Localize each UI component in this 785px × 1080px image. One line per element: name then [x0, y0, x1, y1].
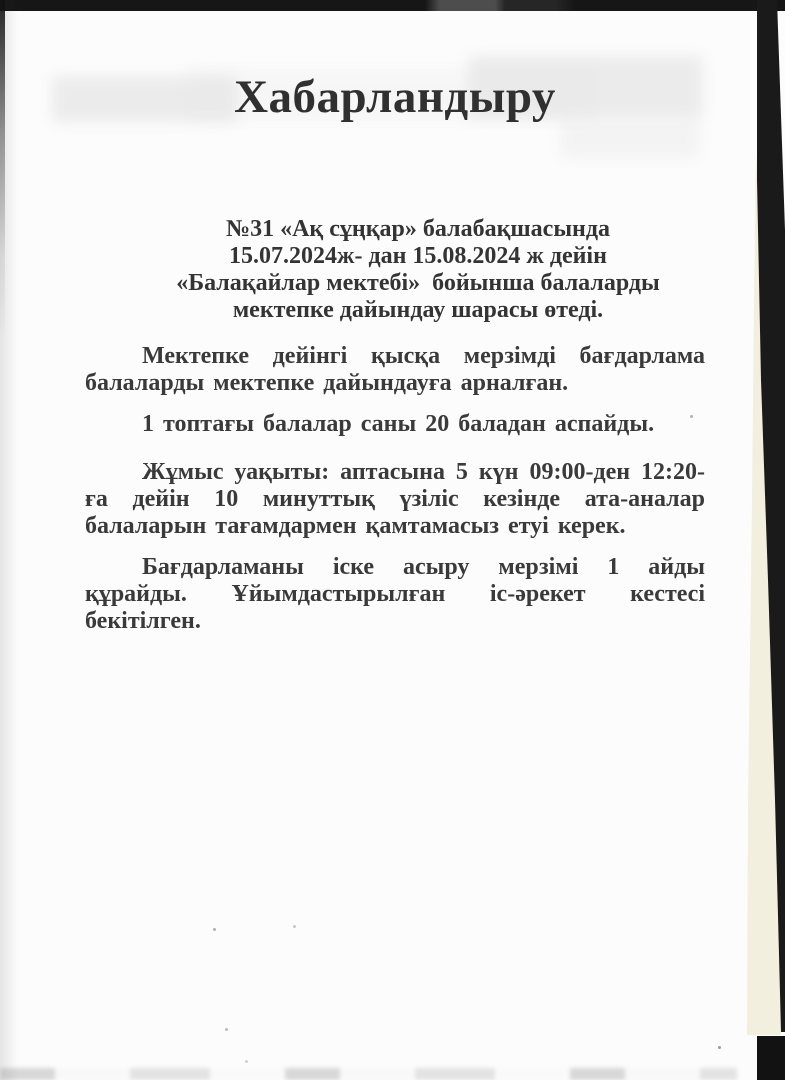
body-paragraph: Мектепке дейінгі қысқа мерзімді бағдарла…	[85, 343, 705, 397]
scan-right-edge	[725, 0, 785, 1080]
scan-left-shading	[0, 0, 18, 1080]
announcement-title: Хабарландыру	[85, 0, 705, 124]
document-body: Хабарландыру №31 «Ақ сұңқар» балабақшасы…	[85, 0, 705, 635]
body-paragraph: 1 топтағы балалар саны 20 баладан аспайд…	[85, 411, 705, 438]
intro-line: «Балақайлар мектебі» бойынша балаларды	[131, 270, 705, 297]
scan-top-border	[0, 0, 785, 11]
scanned-announcement-page: Хабарландыру №31 «Ақ сұңқар» балабақшасы…	[0, 0, 785, 1080]
scan-speck	[213, 928, 216, 931]
body-paragraph: Бағдарламаны іске асыру мерзімі 1 айды қ…	[85, 554, 705, 635]
body-paragraph: Жұмыс уақыты: аптасына 5 күн 09:00-ден 1…	[85, 459, 705, 540]
intro-block: №31 «Ақ сұңқар» балабақшасында 15.07.202…	[85, 216, 705, 324]
scan-bottom-smudge	[0, 1068, 737, 1080]
intro-line: №31 «Ақ сұңқар» балабақшасында	[131, 216, 705, 243]
intro-line: 15.07.2024ж- дан 15.08.2024 ж дейін	[131, 243, 705, 270]
intro-line: мектепке дайындау шарасы өтеді.	[131, 297, 705, 324]
